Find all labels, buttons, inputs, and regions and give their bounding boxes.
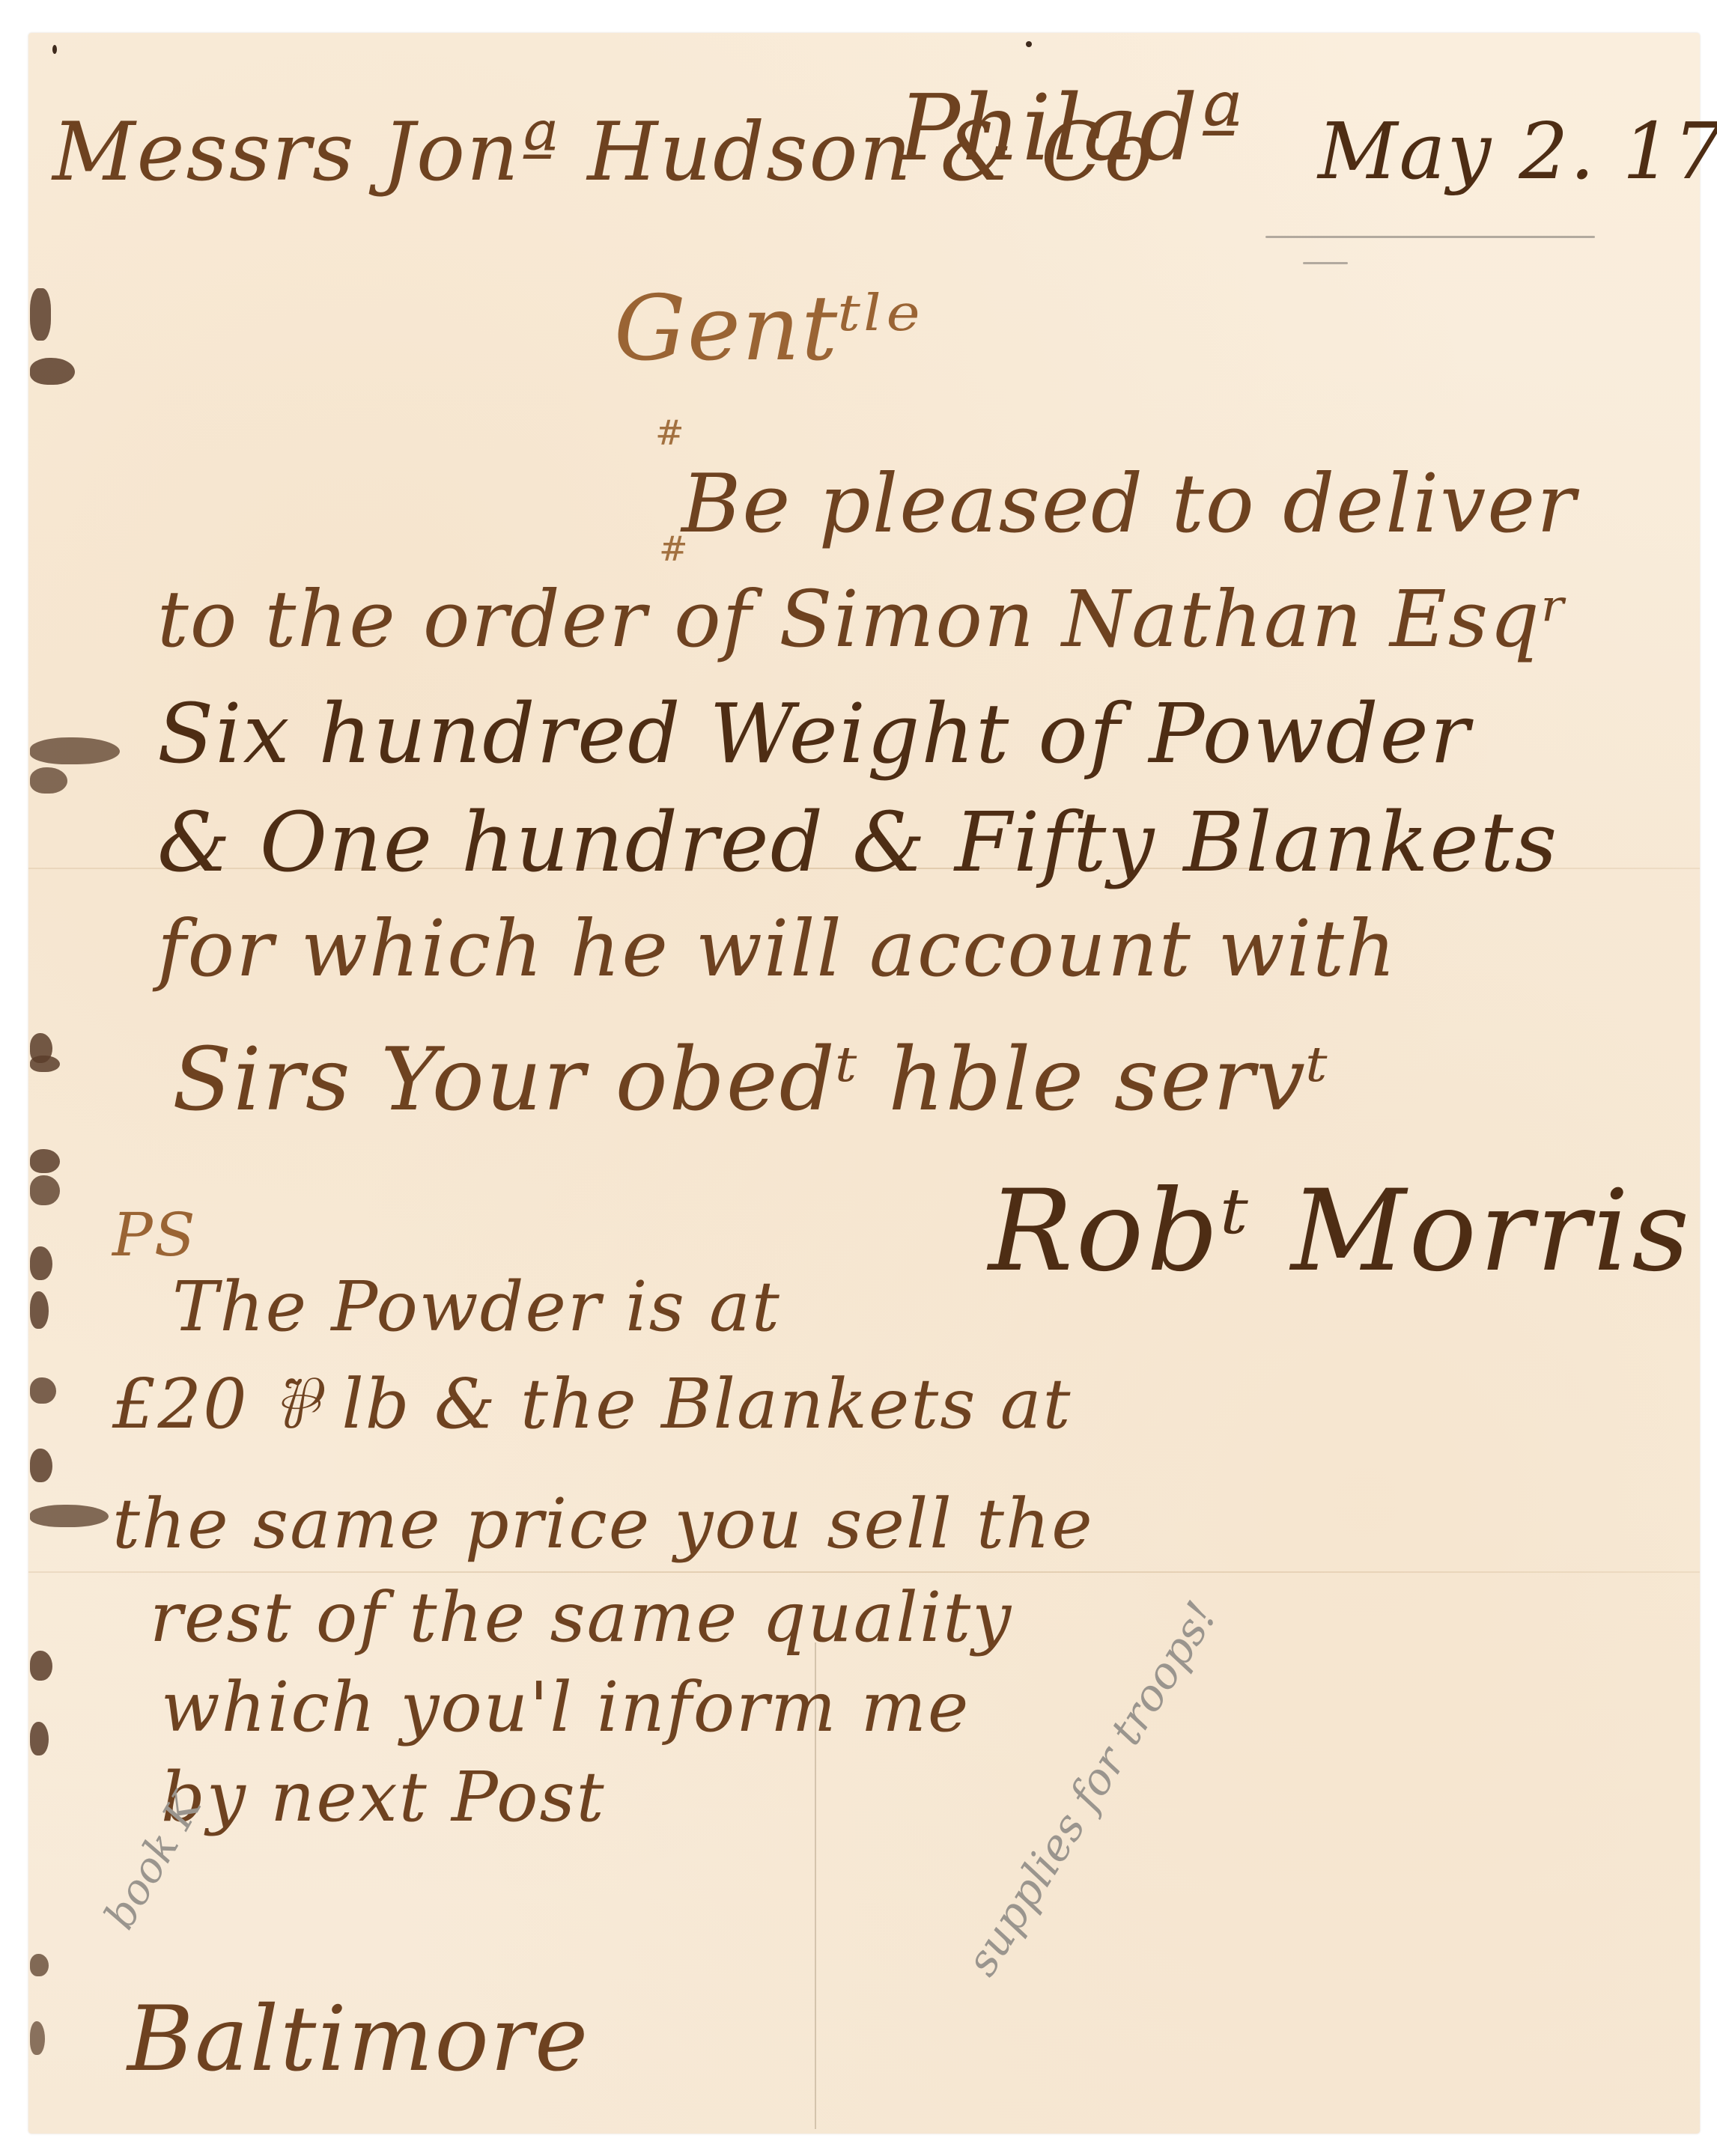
body-line: for which he will account with: [157, 910, 1397, 987]
ink-blot: [30, 1291, 49, 1329]
postscript-line: The Powder is at: [172, 1273, 781, 1342]
body-line: & One hundred & Fifty Blankets: [157, 801, 1558, 883]
ink-blot: [30, 1651, 52, 1681]
pencil-mark: [1303, 262, 1348, 264]
ink-blot: [30, 1449, 52, 1482]
pencil-mark: [1265, 236, 1595, 238]
insertion-mark: #: [655, 415, 684, 450]
postscript-line: which you'l inform me: [161, 1673, 970, 1742]
ink-blot: [30, 1056, 60, 1072]
ink-blot: [30, 1505, 109, 1527]
body-line: to the order of Simon Nathan Esqʳ: [157, 580, 1569, 658]
ink-blot: [30, 358, 75, 385]
ink-blot: [30, 737, 120, 764]
closing: Sirs Your obedᵗ hble servᵗ: [172, 1037, 1330, 1124]
ink-blot: [30, 767, 67, 794]
ink-blot: [30, 1246, 52, 1280]
postscript-label: PS: [112, 1205, 197, 1265]
postscript-line: by next Post: [161, 1763, 606, 1832]
body-line: Six hundred Weight of Powder: [157, 692, 1471, 775]
paper-fold-line: [28, 1571, 1700, 1573]
body-line: Be pleased to deliver: [681, 464, 1577, 545]
signature: Robᵗ Morris: [988, 1175, 1692, 1288]
ink-blot: [30, 1954, 49, 1976]
postscript-line: rest of the same quality: [150, 1583, 1012, 1652]
date: May 2. 1780: [1318, 112, 1717, 190]
place: Philadª: [899, 82, 1245, 174]
destination: Baltimore: [127, 1995, 589, 2085]
ink-blot: [30, 1722, 49, 1755]
postscript-line: £20 ⅌ lb & the Blankets at: [112, 1370, 1072, 1439]
ink-speck: [1026, 41, 1032, 47]
postscript-line: the same price you sell the: [112, 1490, 1094, 1559]
ink-speck: [52, 45, 57, 54]
ink-blot: [30, 1377, 56, 1404]
ink-blot: [30, 2021, 45, 2055]
ink-blot: [30, 1175, 60, 1205]
ink-blot: [30, 288, 51, 341]
salutation: Gentᵗˡᵉ: [614, 284, 923, 374]
ink-blot: [30, 1149, 60, 1173]
